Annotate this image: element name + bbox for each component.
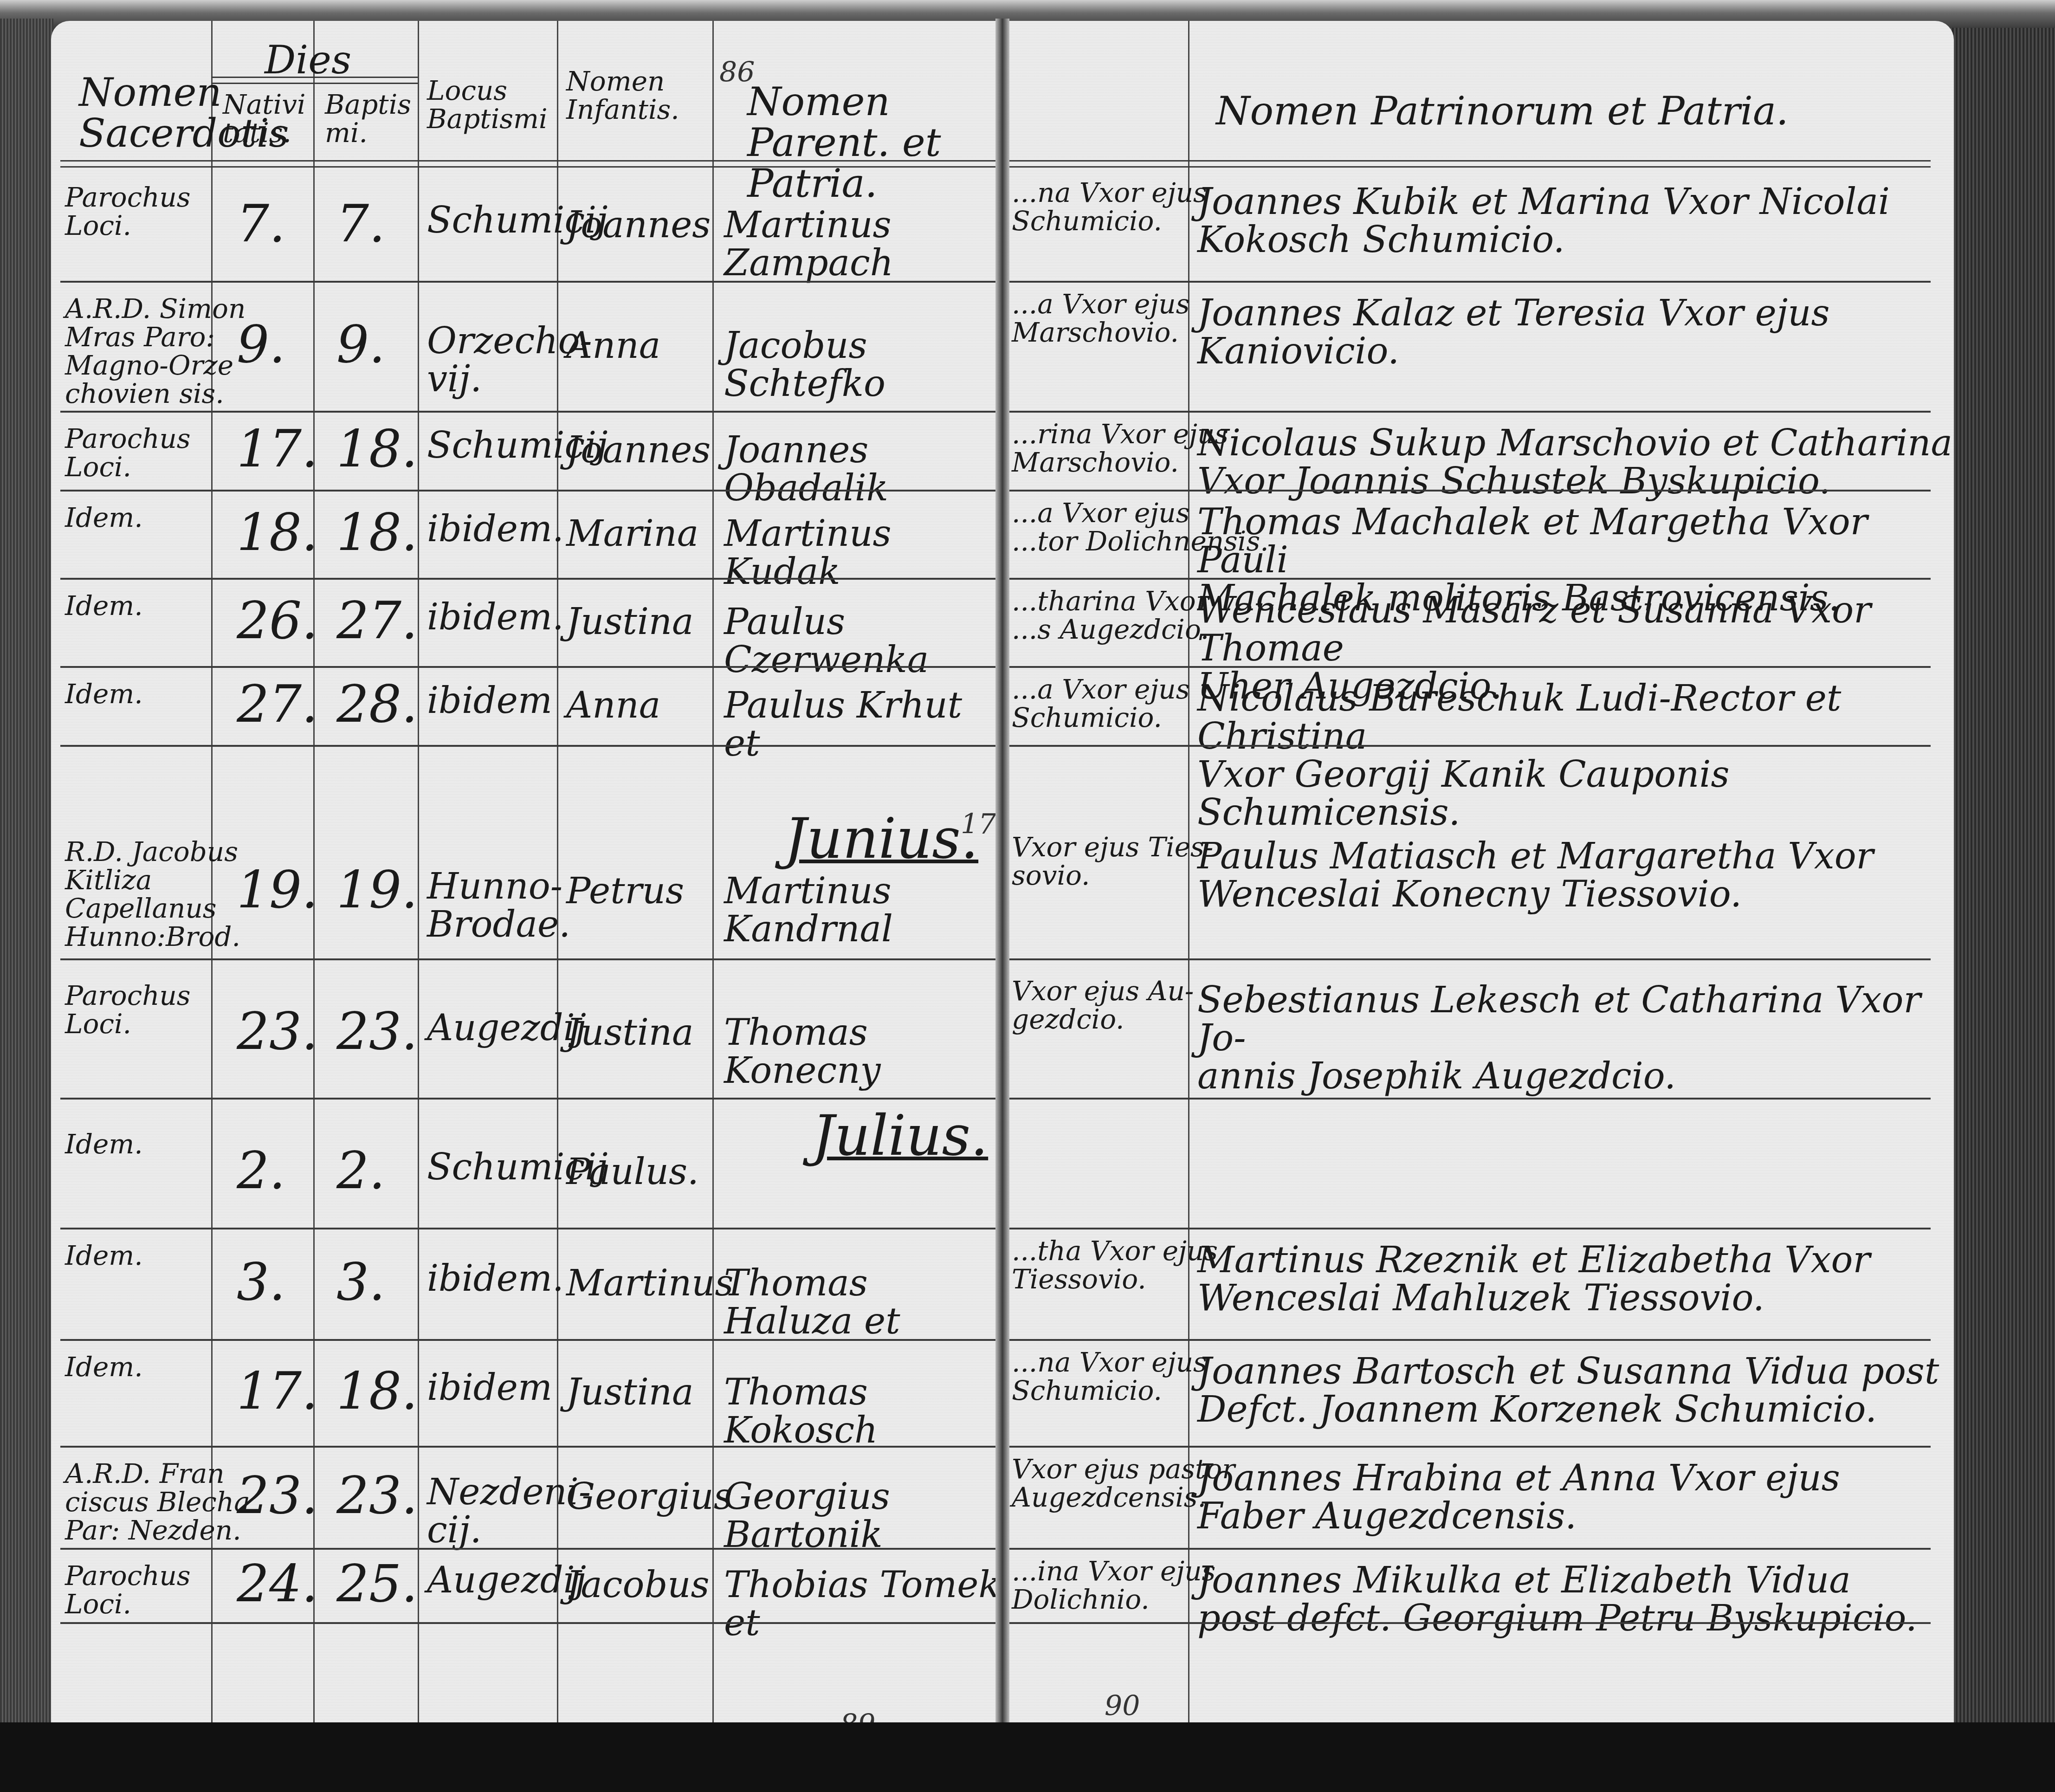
entry-sacerdos: Parochus Loci. — [65, 982, 191, 1038]
entry-nativitas: 2. — [237, 1144, 285, 1198]
entry-parentes-patria: ...tharina Vxor ...s Augezdcio. — [1012, 587, 1209, 644]
entry-sacerdos: Idem. — [65, 680, 143, 708]
entry-parentes: Joannes Obadalik — [724, 432, 1002, 508]
entry-parentes: Paulus Krhut et — [724, 687, 1002, 763]
entry-infans: Jacobus — [566, 1566, 710, 1604]
entry-sacerdos: Parochus Loci. — [65, 183, 191, 240]
entry-infans: Martinus — [566, 1265, 733, 1303]
entry-sacerdos: R.D. Jacobus Kitliza Capellanus Hunno:Br… — [65, 838, 240, 951]
entry-locus: Augezdij — [427, 1009, 586, 1048]
entry-infans: Paulus. — [566, 1153, 699, 1191]
entry-locus: ibidem — [427, 682, 552, 720]
entry-baptismus: 18. — [336, 1365, 418, 1418]
row-rule — [1002, 1622, 1931, 1624]
month-julius: Julius. — [812, 1107, 988, 1165]
entry-sacerdos: Idem. — [65, 1130, 143, 1158]
entry-patrini: Joannes Bartosch et Susanna Vidua post D… — [1197, 1353, 1939, 1429]
row-rule — [60, 1548, 1002, 1550]
entry-infans: Anna — [566, 687, 660, 725]
entry-patrini: Sebestianus Lekesch et Catharina Vxor Jo… — [1197, 982, 1954, 1096]
header-dies: Dies — [265, 39, 351, 80]
entry-nativitas: 7. — [237, 197, 285, 251]
entry-baptismus: 23. — [336, 1005, 418, 1059]
row-rule — [60, 745, 1002, 747]
row-rule — [60, 958, 1002, 960]
entry-patrini: Joannes Kalaz et Teresia Vxor ejus Kanio… — [1197, 295, 1829, 371]
entry-parentes: Thomas Haluza et — [724, 1265, 1002, 1341]
row-rule — [60, 1446, 1002, 1448]
entry-baptismus: 18. — [336, 506, 418, 560]
entry-nativitas: 23. — [237, 1005, 318, 1059]
left-page: Nomen Sacerdotis Dies Nativi tatis. Bapt… — [51, 21, 1002, 1736]
entry-patrini: Joannes Mikulka et Elizabeth Vidua post … — [1197, 1562, 1917, 1638]
entry-infans: Georgius — [566, 1478, 732, 1516]
entry-infans: Petrus — [566, 873, 684, 911]
entry-sacerdos: Idem. — [65, 1353, 143, 1381]
entry-sacerdos: Parochus Loci. — [65, 1562, 191, 1618]
entry-parentes-patria: ...ina Vxor ejus Dolichnio. — [1012, 1557, 1215, 1614]
book-gutter — [995, 19, 1009, 1773]
entry-nativitas: 26. — [237, 594, 318, 648]
row-rule — [60, 411, 1002, 413]
entry-parentes-patria: ...a Vxor ejus Schumicio. — [1012, 675, 1189, 732]
entry-parentes: Jacobus Schtefko — [724, 327, 1002, 403]
entry-parentes: Martinus Zampach — [724, 207, 1002, 283]
entry-baptismus: 19. — [336, 863, 418, 917]
entry-parentes: Martinus Kudak — [724, 515, 1002, 591]
column-divider — [418, 21, 419, 1736]
entry-parentes-patria: ...na Vxor ejus Schumicio. — [1012, 1348, 1207, 1405]
entry-locus: ibidem. — [427, 599, 564, 637]
entry-parentes-patria: ...a Vxor ejus Marschovio. — [1012, 290, 1189, 347]
entry-baptismus: 25. — [336, 1557, 418, 1611]
entry-nativitas: 23. — [237, 1469, 318, 1523]
entry-infans: Marina — [566, 515, 698, 553]
entry-infans: Justina — [566, 1014, 694, 1052]
row-rule — [60, 1339, 1002, 1341]
row-rule — [1002, 666, 1931, 668]
header-locus: Locus Baptismi — [427, 77, 548, 133]
entry-parentes-patria: Vxor ejus Ties- sovio. — [1012, 833, 1213, 890]
entry-infans: Joannes — [566, 432, 711, 470]
header-infans: Nomen Infantis. — [566, 67, 679, 124]
entry-baptismus: 27. — [336, 594, 418, 648]
row-rule — [60, 1622, 1002, 1624]
entry-locus: ibidem. — [427, 1260, 564, 1298]
entry-infans: Justina — [566, 603, 694, 641]
entry-parentes-patria: ...rina Vxor ejus Marschovio. — [1012, 420, 1228, 477]
entry-sacerdos: Idem. — [65, 504, 143, 532]
row-rule — [1002, 958, 1931, 960]
entry-nativitas: 27. — [237, 678, 318, 731]
open-register-book: Nomen Sacerdotis Dies Nativi tatis. Bapt… — [0, 0, 2055, 1792]
entry-sacerdos: Parochus Loci. — [65, 425, 191, 481]
entry-baptismus: 23. — [336, 1469, 418, 1523]
entry-locus: ibidem. — [427, 511, 564, 549]
entry-patrini: Nicolaus Bureschuk Ludi-Rector et Christ… — [1197, 680, 1954, 832]
entry-parentes-patria: ...tha Vxor ejus Tiessovio. — [1012, 1237, 1218, 1294]
page-number-bottom-right: 90 — [1105, 1692, 1140, 1721]
entry-infans: Justina — [566, 1374, 694, 1412]
row-rule — [1002, 281, 1931, 283]
row-rule — [1002, 1098, 1931, 1100]
entry-infans: Joannes — [566, 207, 711, 245]
entry-sacerdos: Idem. — [65, 592, 143, 620]
entry-nativitas: 17. — [237, 1365, 318, 1418]
entry-nativitas: 24. — [237, 1557, 318, 1611]
entry-sacerdos: A.R.D. Fran ciscus Blecha Par: Nezden. — [65, 1460, 250, 1545]
row-rule — [60, 281, 1002, 283]
row-rule — [1002, 1548, 1931, 1550]
entry-baptismus: 2. — [336, 1144, 385, 1198]
row-rule — [60, 1098, 1002, 1100]
entry-baptismus: 3. — [336, 1255, 385, 1309]
entry-parentes: Martinus Kandrnal — [724, 873, 1002, 949]
entry-locus: ibidem — [427, 1369, 552, 1407]
row-rule — [1002, 490, 1931, 492]
entry-nativitas: 18. — [237, 506, 318, 560]
entry-parentes: Thomas Kokosch — [724, 1374, 1002, 1450]
header-parentes: Nomen Parent. et Patria. — [747, 81, 1002, 204]
entry-parentes: Paulus Czerwenka — [724, 603, 1002, 679]
entry-baptismus: 9. — [336, 318, 385, 372]
row-rule — [1002, 1339, 1931, 1341]
entry-parentes-patria: ...na Vxor ejus Schumicio. — [1012, 179, 1207, 235]
row-rule — [1002, 578, 1931, 580]
entry-patrini: Joannes Kubik et Marina Vxor Nicolai Kok… — [1197, 183, 1890, 259]
entry-nativitas: 3. — [237, 1255, 285, 1309]
row-rule — [1002, 1446, 1931, 1448]
row-rule — [1002, 745, 1931, 747]
header-rule — [1002, 160, 1931, 168]
month-junius: Junius. — [784, 810, 978, 868]
entry-baptismus: 18. — [336, 422, 418, 476]
row-rule — [60, 1228, 1002, 1229]
entry-patrini: Martinus Rzeznik et Elizabetha Vxor Wenc… — [1197, 1242, 1870, 1318]
page-stack-right — [1948, 28, 2055, 1745]
entry-baptismus: 7. — [336, 197, 385, 251]
entry-parentes: Georgius Bartonik — [724, 1478, 1002, 1554]
header-baptismi: Baptis mi. — [325, 91, 411, 147]
entry-locus: Hunno- Brodae. — [427, 868, 570, 944]
page-stack-left — [0, 19, 53, 1736]
entry-infans: Anna — [566, 327, 660, 365]
row-rule — [60, 666, 1002, 668]
bottom-shadow — [0, 1722, 2055, 1792]
entry-nativitas: 17. — [237, 422, 318, 476]
entry-patrini: Paulus Matiasch et Margaretha Vxor Wence… — [1197, 838, 1874, 914]
row-rule — [60, 578, 1002, 580]
entry-sacerdos: A.R.D. Simon Mras Paro: Magno-Orze chovi… — [65, 295, 246, 408]
right-page: Nomen Patrinorum et Patria. ...na Vxor e… — [1002, 21, 1954, 1736]
header-nativitatis: Nativi tatis. — [223, 91, 306, 147]
entry-baptismus: 28. — [336, 678, 418, 731]
header-patrini: Nomen Patrinorum et Patria. — [1216, 91, 1789, 131]
header-rule — [60, 160, 1002, 168]
row-rule — [60, 490, 1002, 492]
entry-locus: Augezdij — [427, 1562, 586, 1600]
entry-parentes: Thobias Tomek et — [724, 1566, 1002, 1643]
row-rule — [1002, 1228, 1931, 1229]
entry-nativitas: 19. — [237, 863, 318, 917]
entry-parentes: Thomas Konecny — [724, 1014, 1002, 1090]
row-rule — [1002, 411, 1931, 413]
entry-parentes-patria: Vxor ejus Au- gezdcio. — [1012, 977, 1194, 1034]
entry-sacerdos: Idem. — [65, 1242, 143, 1270]
entry-nativitas: 9. — [237, 318, 285, 372]
entry-patrini: Joannes Hrabina et Anna Vxor ejus Faber … — [1197, 1460, 1840, 1536]
